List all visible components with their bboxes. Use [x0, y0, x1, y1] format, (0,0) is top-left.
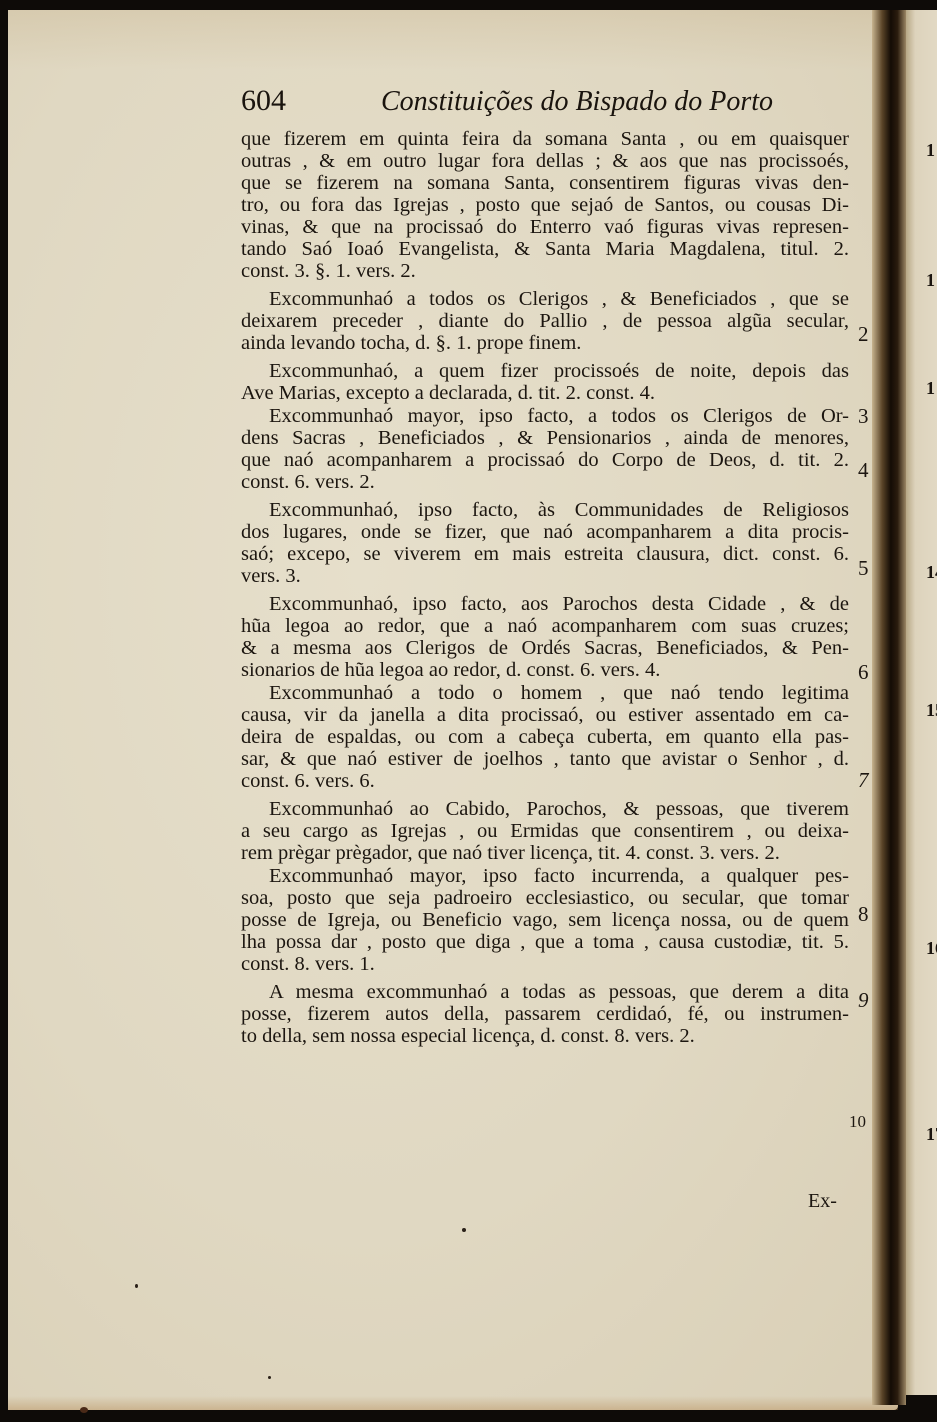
- page-number: 604: [241, 84, 286, 118]
- text-line: vers. 3.: [241, 565, 849, 587]
- text-line: dos lugares, onde se fizer, que naó acom…: [241, 521, 849, 543]
- text-line: Excommunhaó, ipso facto, aos Parochos de…: [241, 593, 849, 615]
- facing-page-number: 1: [926, 378, 935, 399]
- text-line: Excommunhaó ao Cabido, Parochos, & pesso…: [241, 798, 849, 820]
- text-line: A mesma excommunhaó a todas as pessoas, …: [241, 981, 849, 1003]
- text-line: que fizerem em quinta feira da somana Sa…: [241, 128, 849, 150]
- text-line: deira de espaldas, ou com a cabeça cuber…: [241, 726, 849, 748]
- text-line: vinas, & que na procissaó do Enterro vaó…: [241, 216, 849, 238]
- text-line: causa, vir da janella a dita procissaó, …: [241, 704, 849, 726]
- text-line: dens Sacras , Beneficiados , & Pensionar…: [241, 427, 849, 449]
- text-line: hũa legoa ao redor, que a naó acompanhar…: [241, 615, 849, 637]
- text-line: Excommunhaó mayor, ipso facto, a todos o…: [241, 405, 849, 427]
- text-line: sar, & que naó estiver de joelhos , tant…: [241, 748, 849, 770]
- text-line: const. 8. vers. 1.: [241, 953, 849, 975]
- margin-number: 2: [858, 322, 869, 347]
- text-line: tro, ou fora das Igrejas , posto que sej…: [241, 194, 849, 216]
- margin-number: 7: [858, 768, 869, 793]
- text-line: posse de Igreja, ou Beneficio vago, sem …: [241, 909, 849, 931]
- catchword: Ex-: [808, 1190, 837, 1213]
- page-header: 604 Constituições do Bispado do Porto: [241, 84, 751, 124]
- text-line: & a mesma aos Clerigos de Ordés Sacras, …: [241, 637, 849, 659]
- text-line: saó; excepo, se viverem em mais estreita…: [241, 543, 849, 565]
- paragraph-10: A mesma excommunhaó a todas as pessoas, …: [241, 981, 849, 1047]
- text-line: Excommunhaó, a quem fizer procissoés de …: [241, 360, 849, 382]
- text-line: to della, sem nossa especial licença, d.…: [241, 1025, 849, 1047]
- text-line: que naó acompanharem a procissaó do Corp…: [241, 449, 849, 471]
- margin-number: 8: [858, 902, 869, 927]
- text-line: outras , & em outro lugar fora dellas ; …: [241, 150, 849, 172]
- margin-number: 4: [858, 458, 869, 483]
- paper-speck: [268, 1376, 271, 1379]
- facing-page-number: 1: [926, 140, 935, 161]
- running-title: Constituições do Bispado do Porto: [381, 86, 773, 118]
- paragraph-6: Excommunhaó, ipso facto, aos Parochos de…: [241, 593, 849, 681]
- facing-page-number: 17: [926, 1124, 937, 1145]
- facing-page-number: 1: [926, 270, 935, 291]
- text-line: deixarem preceder , diante do Pallio , d…: [241, 310, 849, 332]
- text-line: const. 6. vers. 2.: [241, 471, 849, 493]
- paragraph-7: Excommunhaó a todo o homem , que naó ten…: [241, 682, 849, 792]
- paragraph-4: Excommunhaó mayor, ipso facto, a todos o…: [241, 405, 849, 493]
- text-line: Excommunhaó a todos os Clerigos , & Bene…: [241, 288, 849, 310]
- margin-number: 10: [849, 1112, 866, 1132]
- paragraph-continuation: que fizerem em quinta feira da somana Sa…: [241, 128, 849, 282]
- text-line: soa, posto que seja padroeiro ecclesiast…: [241, 887, 849, 909]
- text-line: const. 6. vers. 6.: [241, 770, 849, 792]
- facing-page-number: 16: [926, 938, 937, 959]
- text-line: rem prègar prègador, que naó tiver licen…: [241, 842, 849, 864]
- text-line: Excommunhaó, ipso facto, às Communidades…: [241, 499, 849, 521]
- paragraph-9: Excommunhaó mayor, ipso facto incurrenda…: [241, 865, 849, 975]
- paper-speck: [135, 1284, 138, 1288]
- text-line: const. 3. §. 1. vers. 2.: [241, 260, 849, 282]
- margin-number: 3: [858, 404, 869, 429]
- paragraph-5: Excommunhaó, ipso facto, às Communidades…: [241, 499, 849, 587]
- body-text: que fizerem em quinta feira da somana Sa…: [241, 128, 849, 1047]
- facing-page-number: 15: [926, 700, 937, 721]
- book-gutter: [872, 10, 906, 1405]
- text-line: Ave Marias, excepto a declarada, d. tit.…: [241, 382, 849, 404]
- facing-page-number: 14: [926, 562, 937, 583]
- text-line: Excommunhaó a todo o homem , que naó ten…: [241, 682, 849, 704]
- text-line: posse, fizerem autos della, passarem cer…: [241, 1003, 849, 1025]
- text-line: Excommunhaó mayor, ipso facto incurrenda…: [241, 865, 849, 887]
- paragraph-8: Excommunhaó ao Cabido, Parochos, & pesso…: [241, 798, 849, 864]
- text-line: sionarios de hũa legoa ao redor, d. cons…: [241, 659, 849, 681]
- margin-number: 9: [858, 988, 869, 1013]
- text-line: a seu cargo as Igrejas , ou Ermidas que …: [241, 820, 849, 842]
- paper-speck: [462, 1228, 466, 1232]
- margin-number: 5: [858, 556, 869, 581]
- paper-speck: [80, 1407, 88, 1413]
- paragraph-2: Excommunhaó a todos os Clerigos , & Bene…: [241, 288, 849, 354]
- text-line: que se fizerem na somana Santa, consenti…: [241, 172, 849, 194]
- text-line: tando Saó Ioaó Evangelista, & Santa Mari…: [241, 238, 849, 260]
- margin-number: 6: [858, 660, 869, 685]
- paragraph-3: Excommunhaó, a quem fizer procissoés de …: [241, 360, 849, 404]
- text-line: lha possa dar , posto que diga , que a t…: [241, 931, 849, 953]
- text-line: ainda levando tocha, d. §. 1. prope fine…: [241, 332, 849, 354]
